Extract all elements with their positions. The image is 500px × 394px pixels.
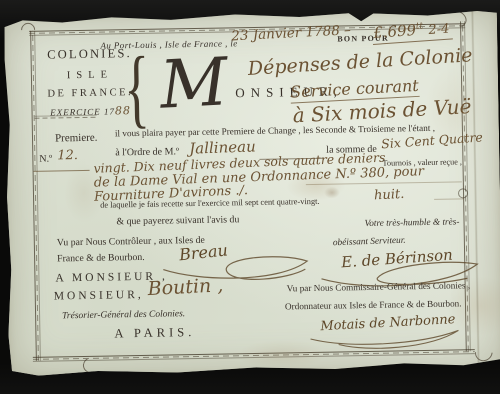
brace-ornament: { — [123, 45, 150, 133]
amount-hand: £.699tt 2-4 — [372, 17, 454, 45]
paper-stain — [324, 186, 340, 198]
monsieur-initial: M — [158, 49, 229, 118]
pen-rule — [434, 198, 464, 200]
address-line2: MONSIEUR, — [54, 289, 144, 303]
numero-underline — [34, 170, 90, 172]
office-divider — [35, 115, 97, 120]
amount-frac: 2-4 — [428, 22, 450, 38]
scanned-document: COLONIES. ISLE DE FRANCE. EXERCICE 1788 … — [0, 0, 500, 394]
closing-signature: E. de Bérinson — [341, 246, 454, 272]
recette-hand: huit. — [374, 187, 405, 204]
amount-livres: £.699 — [373, 21, 417, 42]
numero-value-hand: 12. — [57, 148, 78, 163]
controleur-signature: Breau — [178, 240, 228, 264]
frame-right-border — [460, 21, 471, 351]
controleur-line2: France & de Bourbon. — [57, 252, 145, 265]
amount-sup: tt — [416, 21, 424, 31]
frame-bottom-border — [33, 349, 475, 362]
closing-line2: obéissant Serviteur. — [333, 236, 406, 249]
premiere-label: Premiere. — [55, 132, 98, 145]
closing-line1: Votre très-humble & très- — [364, 217, 459, 229]
avis-line: & que payerez suivant l'avis du — [116, 214, 239, 227]
visa-line1: Vu par Nous Commissaire-Général des Colo… — [287, 280, 471, 293]
document-paper: COLONIES. ISLE DE FRANCE. EXERCICE 1788 … — [3, 8, 500, 379]
memo-line1-hand: Dépenses de la Colonie — [247, 44, 473, 80]
date-hand: 23 Janvier 1788 – — [231, 22, 351, 44]
corner-scroll-icon — [471, 340, 496, 365]
visa-signature: Motais de Narbonne — [320, 312, 456, 334]
ordre-label: à l'Ordre de M.º — [115, 146, 179, 158]
address-line4: A PARIS. — [114, 325, 195, 341]
address-name-hand: Boutin , — [147, 274, 224, 300]
visa-line2: Ordonnateur aux Isles de France & de Bou… — [285, 298, 462, 311]
address-line3: Trésorier-Général des Colonies. — [62, 309, 185, 321]
numero-label: N.º — [39, 154, 52, 165]
